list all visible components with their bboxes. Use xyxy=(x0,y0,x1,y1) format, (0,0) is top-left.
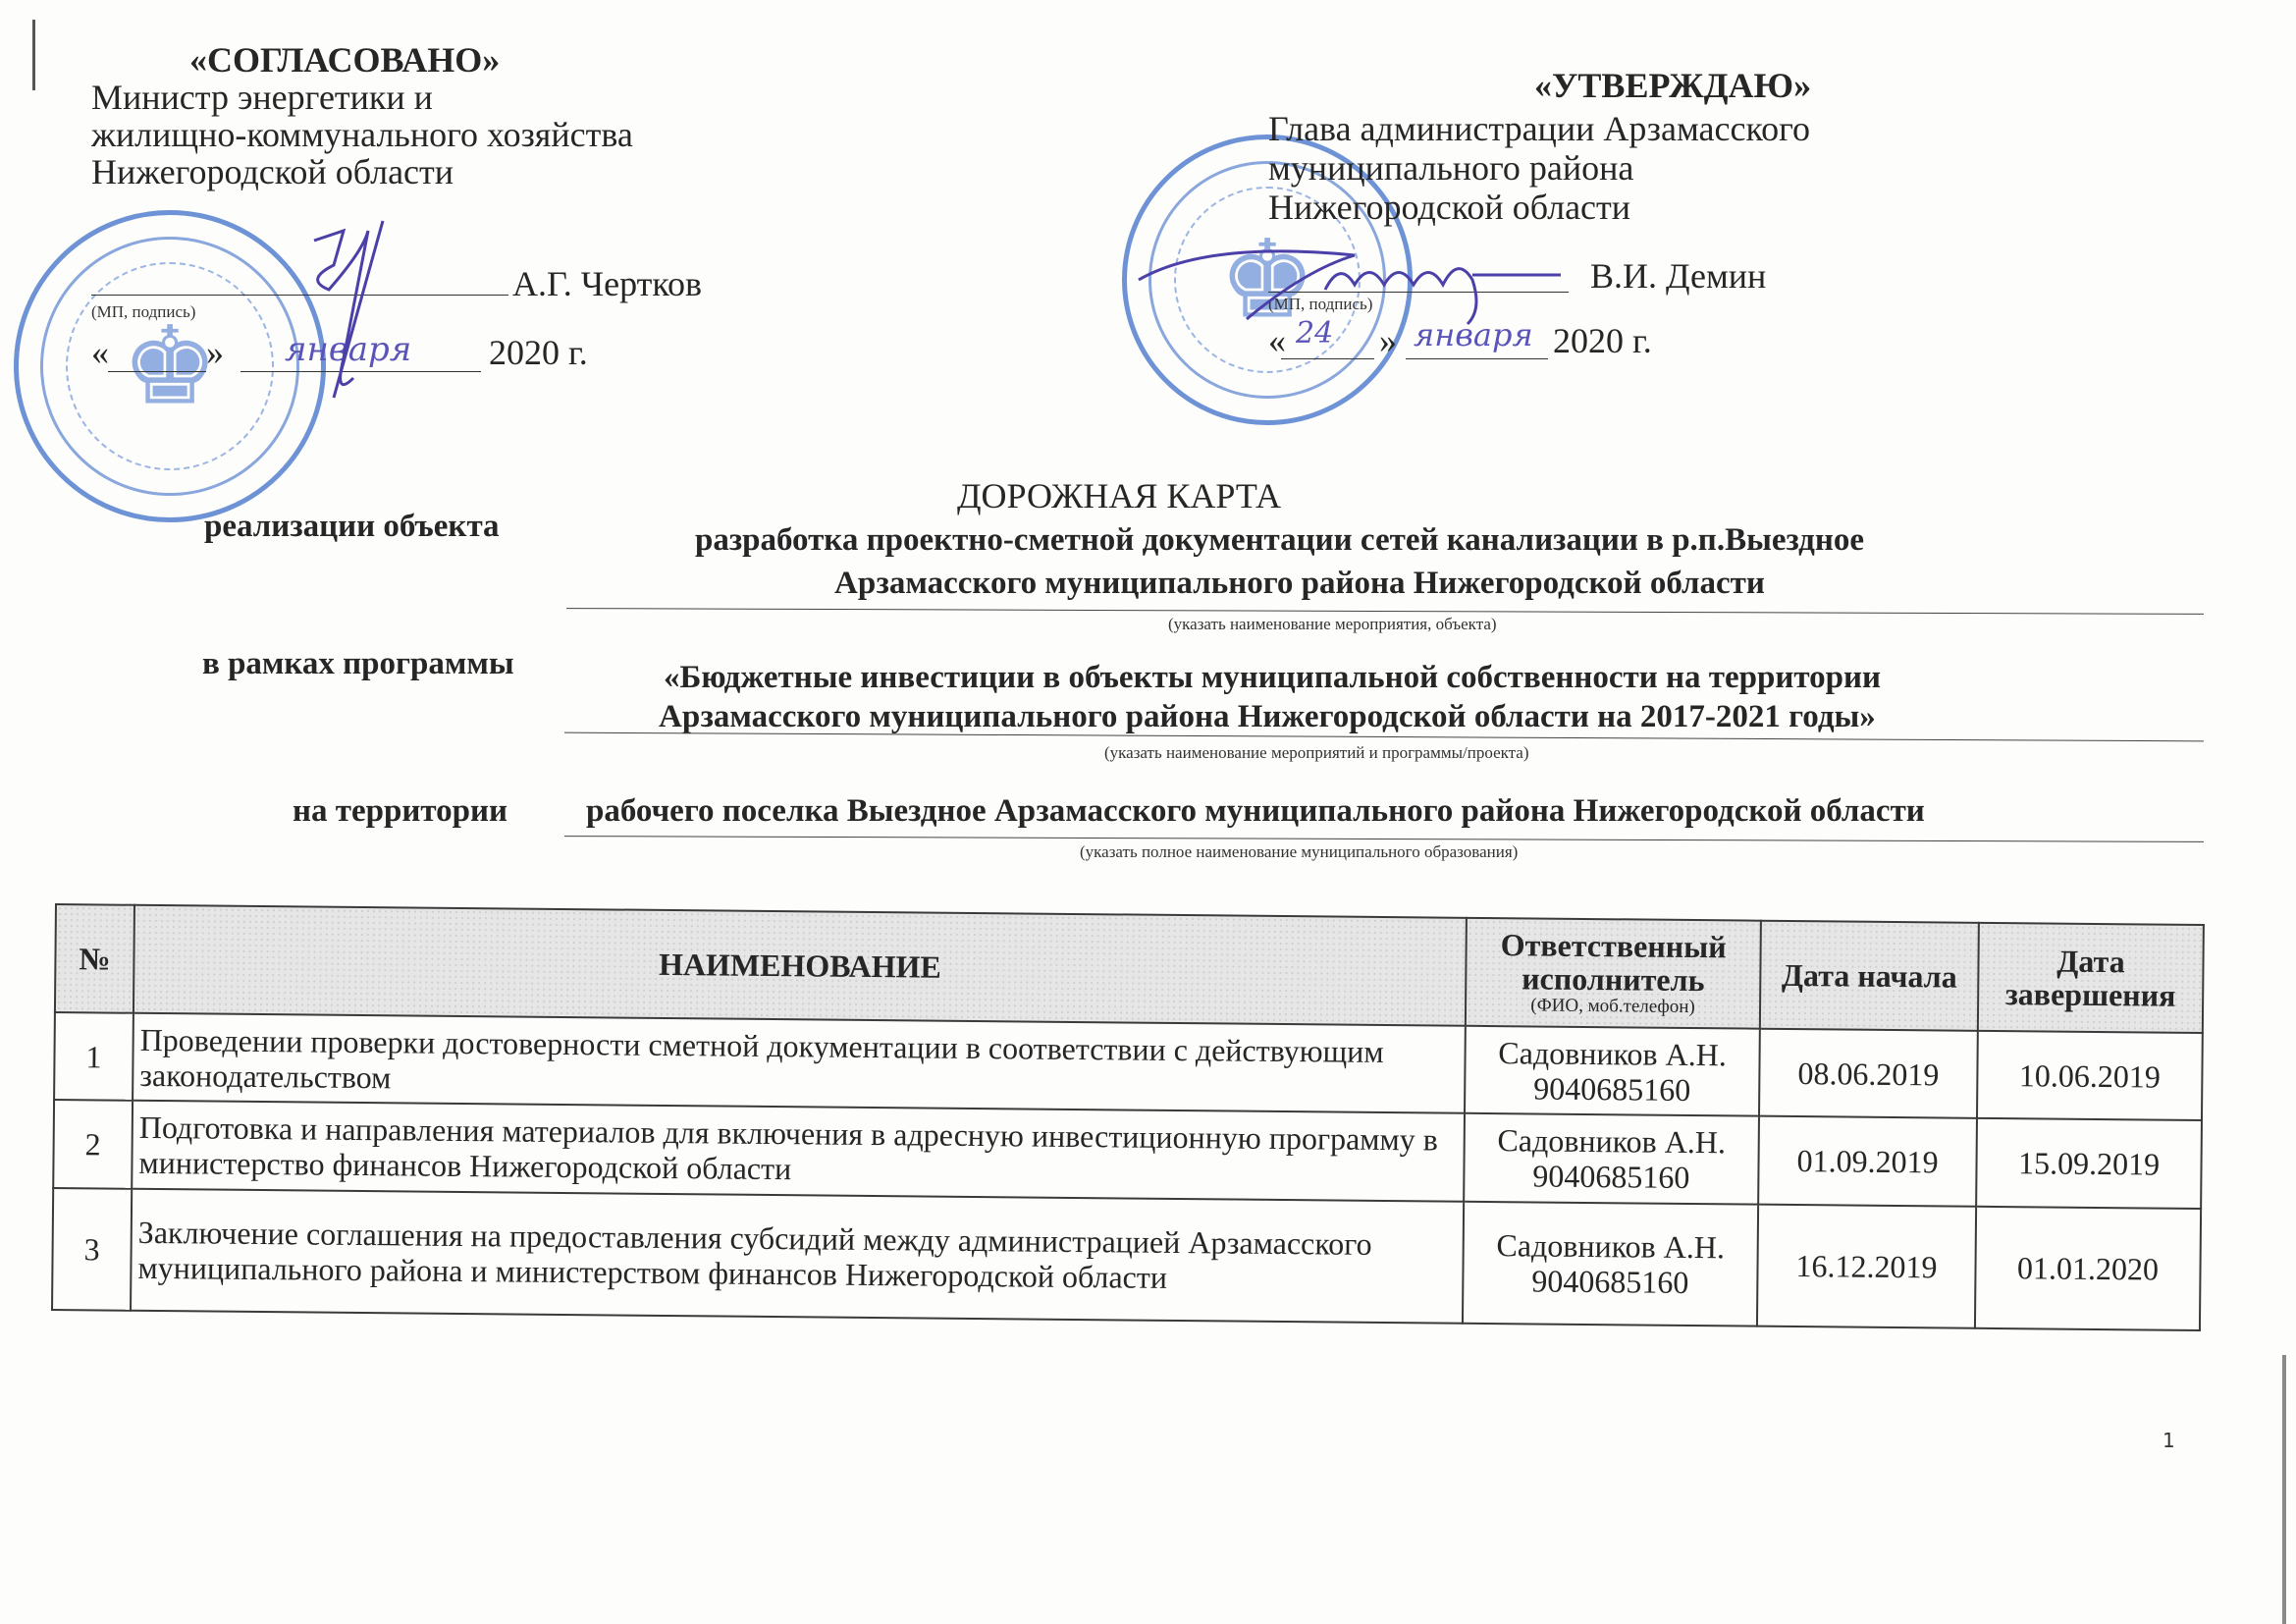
scan-edge-mark xyxy=(32,20,35,90)
row-responsible: Садовников А.Н.9040685160 xyxy=(1464,1113,1759,1205)
program-hint: (указать наименование мероприятий и прог… xyxy=(1104,743,1529,763)
row-num: 3 xyxy=(52,1188,132,1311)
table-header-row: № НАИМЕНОВАНИЕ Ответственный исполнитель… xyxy=(55,904,2204,1033)
header-name: НАИМЕНОВАНИЕ xyxy=(133,905,1467,1026)
signature-right xyxy=(1129,221,1580,329)
date-close-quote: » xyxy=(206,332,224,373)
row-responsible: Садовников А.Н.9040685160 xyxy=(1465,1026,1760,1116)
header-responsible: Ответственный исполнитель (ФИО, моб.теле… xyxy=(1466,918,1761,1029)
row-end-date: 15.09.2019 xyxy=(1976,1118,2202,1209)
header-end-date: Дата завершения xyxy=(1978,923,2204,1033)
row-start-date: 01.09.2019 xyxy=(1758,1116,1977,1207)
program-value-line1: «Бюджетные инвестиции в объекты муниципа… xyxy=(664,660,1881,696)
signature-left xyxy=(275,211,471,407)
approval-left-title: «СОГЛАСОВАНО» xyxy=(189,39,500,81)
table-row: 3 Заключение соглашения на предоставлени… xyxy=(52,1188,2201,1330)
roadmap-table: № НАИМЕНОВАНИЕ Ответственный исполнитель… xyxy=(51,903,2203,1331)
approval-left-stamp-note: (МП, подпись) xyxy=(91,302,195,322)
approval-left-year: 2020 г. xyxy=(489,332,588,373)
territory-label: на территории xyxy=(293,793,507,830)
row-name: Проведении проверки достоверности сметно… xyxy=(133,1013,1466,1113)
object-hint: (указать наименование мероприятия, объек… xyxy=(1168,615,1497,634)
page-number: 1 xyxy=(2163,1429,2175,1452)
row-name: Заключение соглашения на предоставления … xyxy=(131,1189,1464,1324)
date-day-line xyxy=(1281,358,1374,359)
program-label: в рамках программы xyxy=(202,646,514,682)
approval-right-signatory: В.И. Демин xyxy=(1590,255,1766,297)
row-start-date: 08.06.2019 xyxy=(1759,1029,1978,1118)
approval-left-signatory: А.Г. Чертков xyxy=(512,263,702,304)
responsible-phone: 9040685160 xyxy=(1531,1263,1688,1300)
row-name: Подготовка и направления материалов для … xyxy=(132,1101,1465,1202)
object-value-line2: Арзамасского муниципального района Нижег… xyxy=(834,566,1765,602)
approval-right-position: Глава администрации Арзамасского xyxy=(1268,110,1810,147)
header-start-date: Дата начала xyxy=(1760,921,1979,1031)
object-value-line1: разработка проектно-сметной документации… xyxy=(695,522,1864,559)
row-end-date: 01.01.2020 xyxy=(1975,1207,2201,1330)
territory-underline xyxy=(564,836,2204,842)
document-title: ДОРОЖНАЯ КАРТА xyxy=(957,475,1281,516)
header-num: № xyxy=(55,904,134,1013)
responsible-name: Садовников А.Н. xyxy=(1498,1035,1727,1072)
header-responsible-label: Ответственный исполнитель xyxy=(1501,927,1727,998)
responsible-phone: 9040685160 xyxy=(1532,1158,1689,1195)
row-start-date: 16.12.2019 xyxy=(1757,1205,1976,1328)
row-num: 2 xyxy=(53,1100,133,1189)
responsible-phone: 9040685160 xyxy=(1533,1070,1690,1108)
approval-right-title: «УТВЕРЖДАЮ» xyxy=(1534,65,1811,106)
approval-right-position: муниципального района xyxy=(1268,149,1633,187)
approval-left-position: Нижегородской области xyxy=(91,153,454,190)
date-day-line xyxy=(108,371,206,372)
territory-hint: (указать полное наименование муниципальн… xyxy=(1080,842,1518,862)
approval-left-position: жилищно-коммунального хозяйства xyxy=(91,116,633,153)
date-month-line xyxy=(1406,358,1548,359)
object-underline xyxy=(566,608,2204,615)
responsible-name: Садовников А.Н. xyxy=(1496,1227,1725,1265)
program-value-line2: Арзамасского муниципального района Нижег… xyxy=(659,699,1876,735)
date-open-quote: « xyxy=(91,332,109,373)
row-responsible: Садовников А.Н.9040685160 xyxy=(1463,1202,1758,1326)
territory-value: рабочего поселка Выездное Арзамасского м… xyxy=(586,793,1925,830)
object-label: реализации объекта xyxy=(204,509,500,545)
header-responsible-sub: (ФИО, моб.телефон) xyxy=(1472,995,1753,1019)
row-end-date: 10.06.2019 xyxy=(1977,1031,2203,1120)
responsible-name: Садовников А.Н. xyxy=(1497,1122,1726,1160)
row-num: 1 xyxy=(54,1012,133,1101)
scan-edge-line xyxy=(2282,1355,2286,1624)
approval-left-position: Министр энергетики и xyxy=(91,79,433,116)
